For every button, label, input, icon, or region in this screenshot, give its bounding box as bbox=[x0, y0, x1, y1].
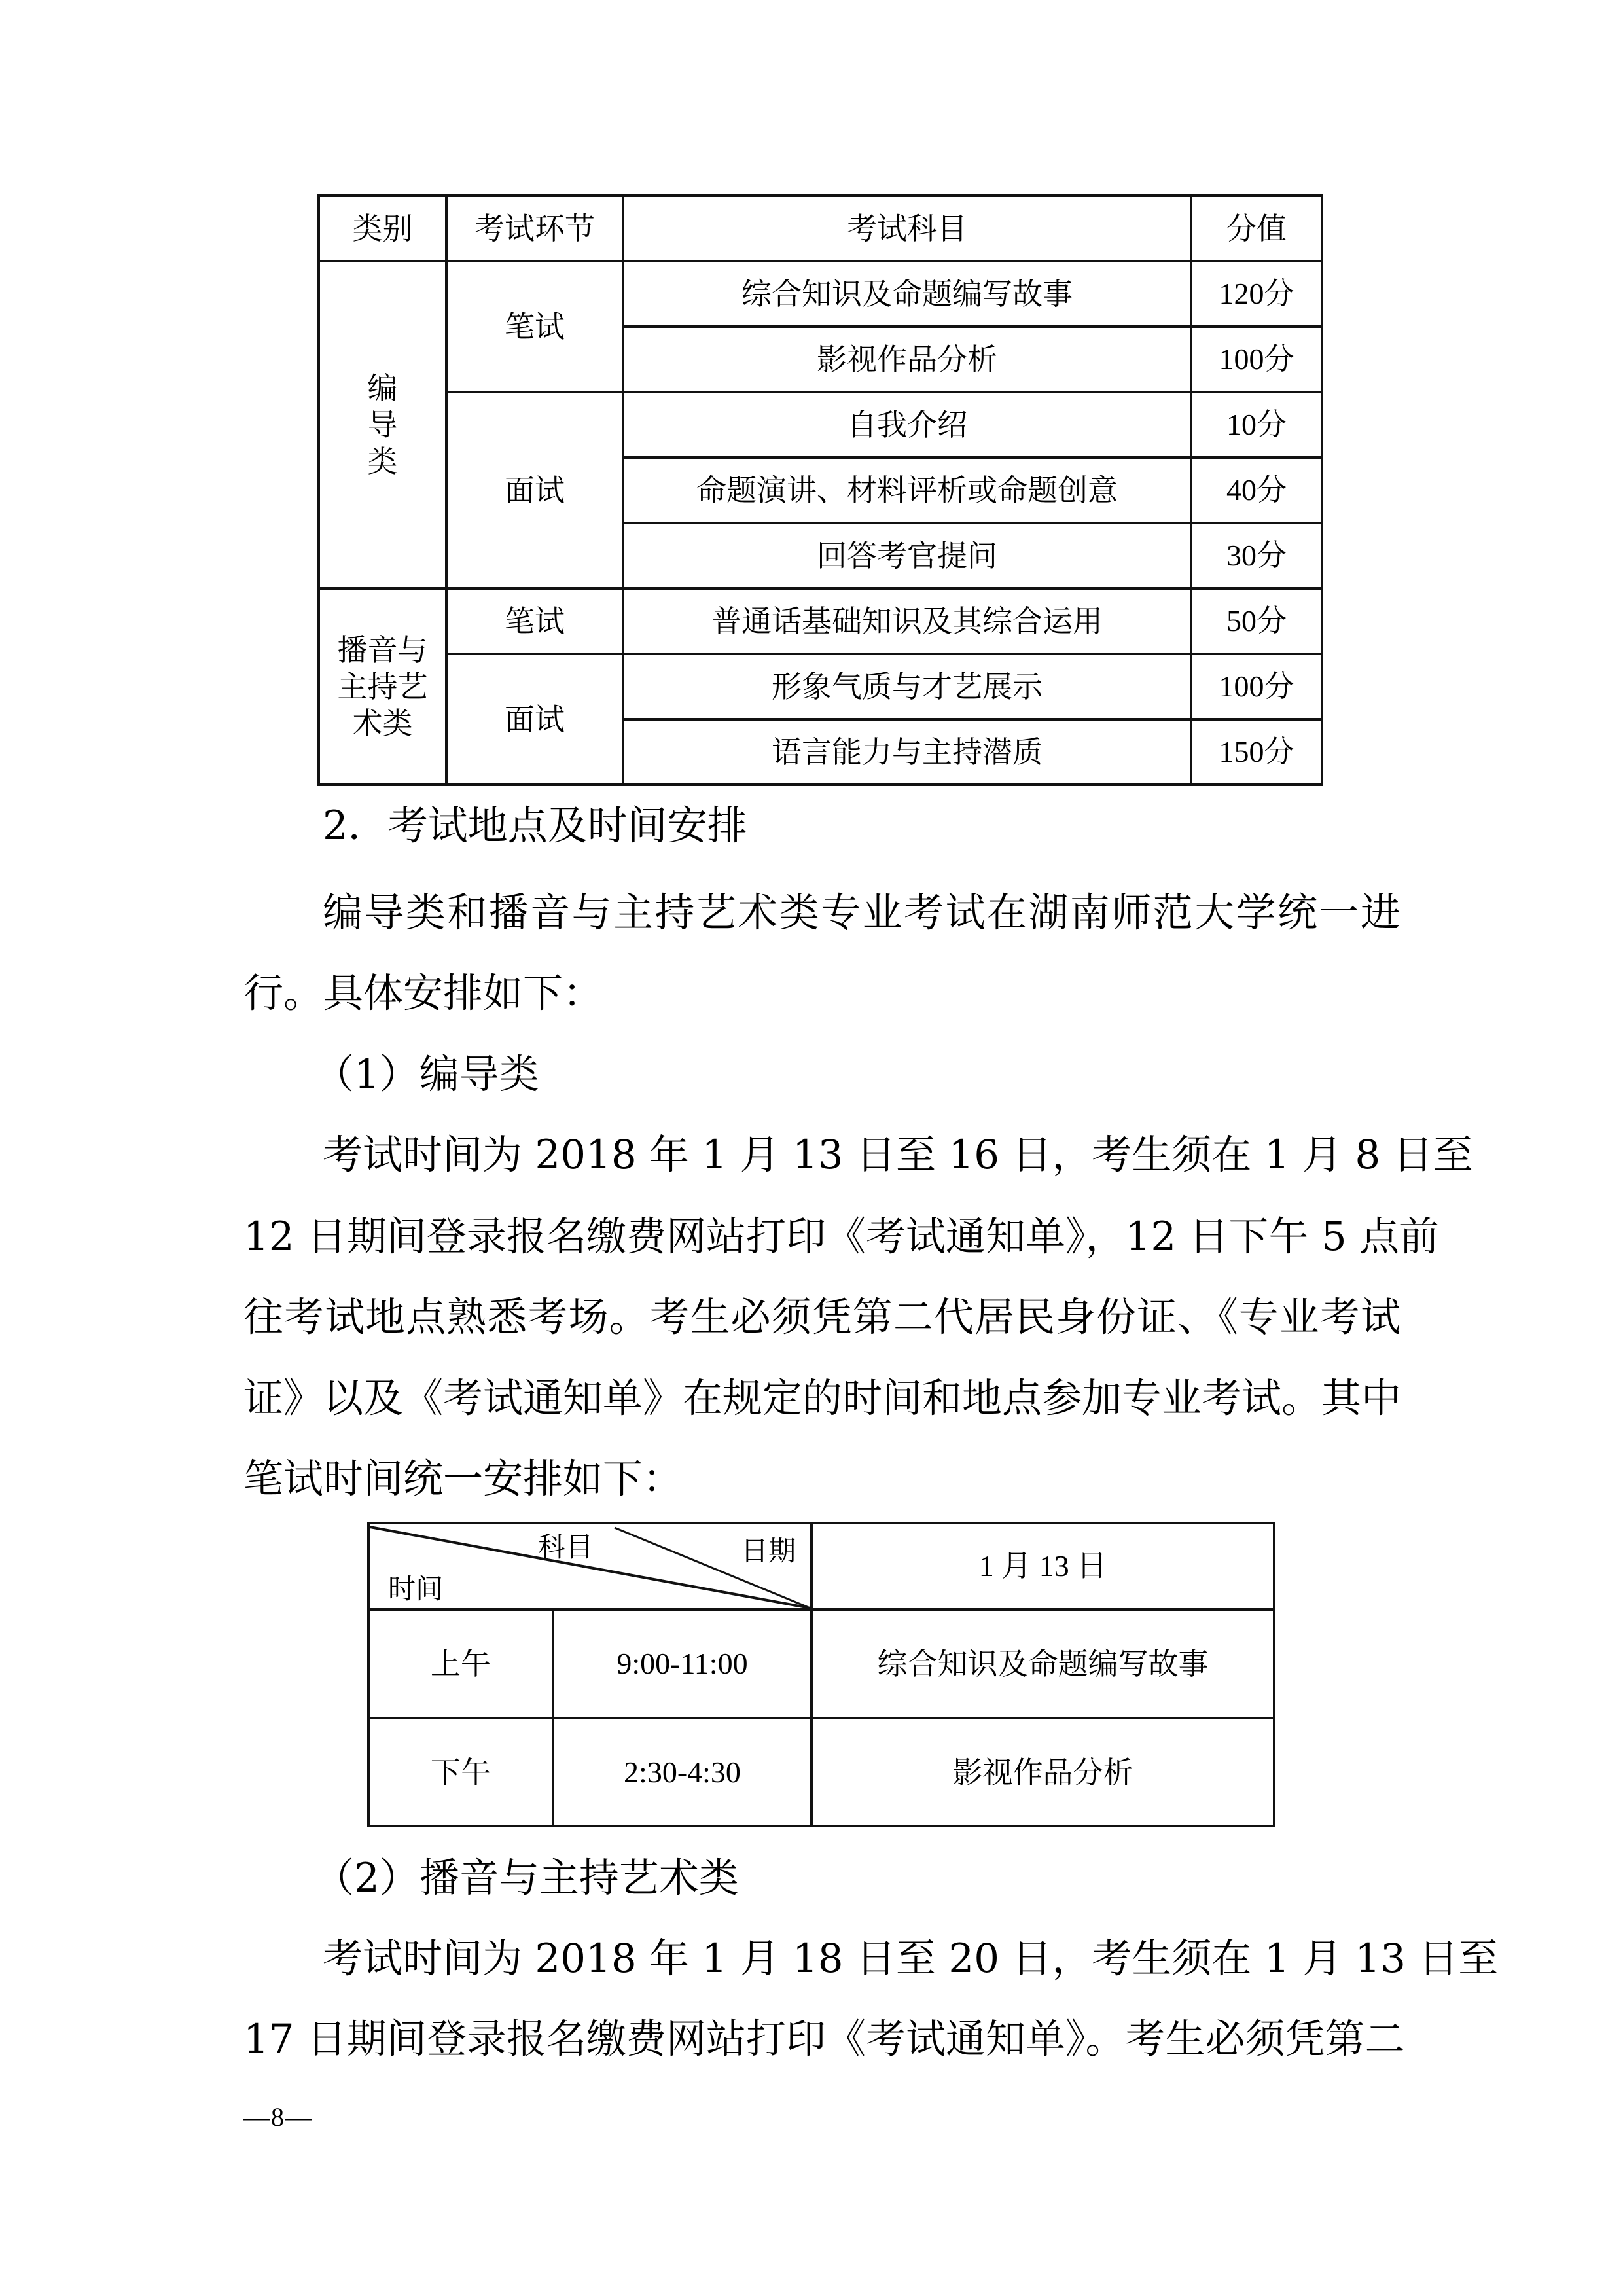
paragraph-line: 考试时间为 2018 年 1 月 18 日至 20 日，考生须在 1 月 13 … bbox=[323, 1933, 1400, 1985]
time-cell: 2:30-4:30 bbox=[553, 1718, 811, 1826]
subject-cell: 综合知识及命题编写故事 bbox=[623, 261, 1191, 327]
exam-score-table: 类别 考试环节 考试科目 分值 编 导 类 笔试 综合知识及命题编写故事 120… bbox=[317, 194, 1323, 786]
date-label: 日期 bbox=[741, 1536, 796, 1566]
section-heading: 2．考试地点及时间安排 bbox=[323, 800, 1400, 852]
period-cell: 下午 bbox=[368, 1718, 553, 1826]
diagonal-header-cell: 科目 日期 时间 bbox=[368, 1523, 811, 1609]
stage-cell: 面试 bbox=[446, 392, 623, 588]
header-subject: 考试科目 bbox=[623, 196, 1191, 261]
subject-cell: 综合知识及命题编写故事 bbox=[811, 1609, 1274, 1718]
table-row: 面试 自我介绍 10分 bbox=[319, 392, 1322, 457]
paragraph-line: 证》以及《考试通知单》在规定的时间和地点参加专业考试。其中 bbox=[243, 1372, 1400, 1425]
paragraph-line: 编导类和播音与主持艺术类专业考试在湖南师范大学统一进 bbox=[323, 887, 1400, 939]
time-label: 时间 bbox=[388, 1574, 443, 1604]
table-row: 播音与 主持艺 术类 笔试 普通话基础知识及其综合运用 50分 bbox=[319, 588, 1322, 654]
subject-cell: 普通话基础知识及其综合运用 bbox=[623, 588, 1191, 654]
stage-cell: 笔试 bbox=[446, 261, 623, 392]
score-cell: 150分 bbox=[1191, 719, 1322, 785]
subject-cell: 形象气质与才艺展示 bbox=[623, 654, 1191, 719]
score-cell: 120分 bbox=[1191, 261, 1322, 327]
table-row: 编 导 类 笔试 综合知识及命题编写故事 120分 bbox=[319, 261, 1322, 327]
page-number: —8— bbox=[243, 2101, 313, 2134]
score-cell: 100分 bbox=[1191, 327, 1322, 392]
subject-cell: 回答考官提问 bbox=[623, 523, 1191, 588]
written-exam-schedule-table: 科目 日期 时间 1 月 13 日 上午 9:00-11:00 综合知识及命题编… bbox=[367, 1522, 1275, 1827]
score-cell: 40分 bbox=[1191, 457, 1322, 523]
header-score: 分值 bbox=[1191, 196, 1322, 261]
paragraph-line: 考试时间为 2018 年 1 月 13 日至 16 日，考生须在 1 月 8 日… bbox=[323, 1129, 1400, 1181]
subject-cell: 命题演讲、材料评析或命题创意 bbox=[623, 457, 1191, 523]
date-cell: 1 月 13 日 bbox=[811, 1523, 1274, 1609]
subject-cell: 影视作品分析 bbox=[623, 327, 1191, 392]
stage-cell: 面试 bbox=[446, 654, 623, 785]
paragraph-line: 17 日期间登录报名缴费网站打印《考试通知单》。考生必须凭第二 bbox=[243, 2013, 1400, 2066]
header-stage: 考试环节 bbox=[446, 196, 623, 261]
table-header-row: 科目 日期 时间 1 月 13 日 bbox=[368, 1523, 1274, 1609]
subject-label: 科目 bbox=[538, 1532, 593, 1562]
table-row: 面试 形象气质与才艺展示 100分 bbox=[319, 654, 1322, 719]
table-row: 下午 2:30-4:30 影视作品分析 bbox=[368, 1718, 1274, 1826]
subsection-heading: （1）编导类 bbox=[314, 1049, 1471, 1101]
header-category: 类别 bbox=[319, 196, 446, 261]
subject-cell: 语言能力与主持潜质 bbox=[623, 719, 1191, 785]
table-row: 上午 9:00-11:00 综合知识及命题编写故事 bbox=[368, 1609, 1274, 1718]
category-cell: 播音与 主持艺 术类 bbox=[319, 588, 446, 785]
subsection-heading: （2）播音与主持艺术类 bbox=[314, 1852, 1471, 1905]
time-cell: 9:00-11:00 bbox=[553, 1609, 811, 1718]
stage-cell: 笔试 bbox=[446, 588, 623, 654]
score-cell: 10分 bbox=[1191, 392, 1322, 457]
paragraph-line: 行。具体安排如下： bbox=[243, 967, 1400, 1020]
paragraph-line: 12 日期间登录报名缴费网站打印《考试通知单》，12 日下午 5 点前 bbox=[243, 1211, 1400, 1263]
paragraph-line: 往考试地点熟悉考场。考生必须凭第二代居民身份证、《专业考试 bbox=[243, 1291, 1400, 1344]
category-cell: 编 导 类 bbox=[319, 261, 446, 588]
period-cell: 上午 bbox=[368, 1609, 553, 1718]
score-cell: 50分 bbox=[1191, 588, 1322, 654]
subject-cell: 自我介绍 bbox=[623, 392, 1191, 457]
subject-cell: 影视作品分析 bbox=[811, 1718, 1274, 1826]
table-header-row: 类别 考试环节 考试科目 分值 bbox=[319, 196, 1322, 261]
paragraph-line: 笔试时间统一安排如下： bbox=[243, 1453, 1400, 1505]
score-cell: 30分 bbox=[1191, 523, 1322, 588]
score-cell: 100分 bbox=[1191, 654, 1322, 719]
